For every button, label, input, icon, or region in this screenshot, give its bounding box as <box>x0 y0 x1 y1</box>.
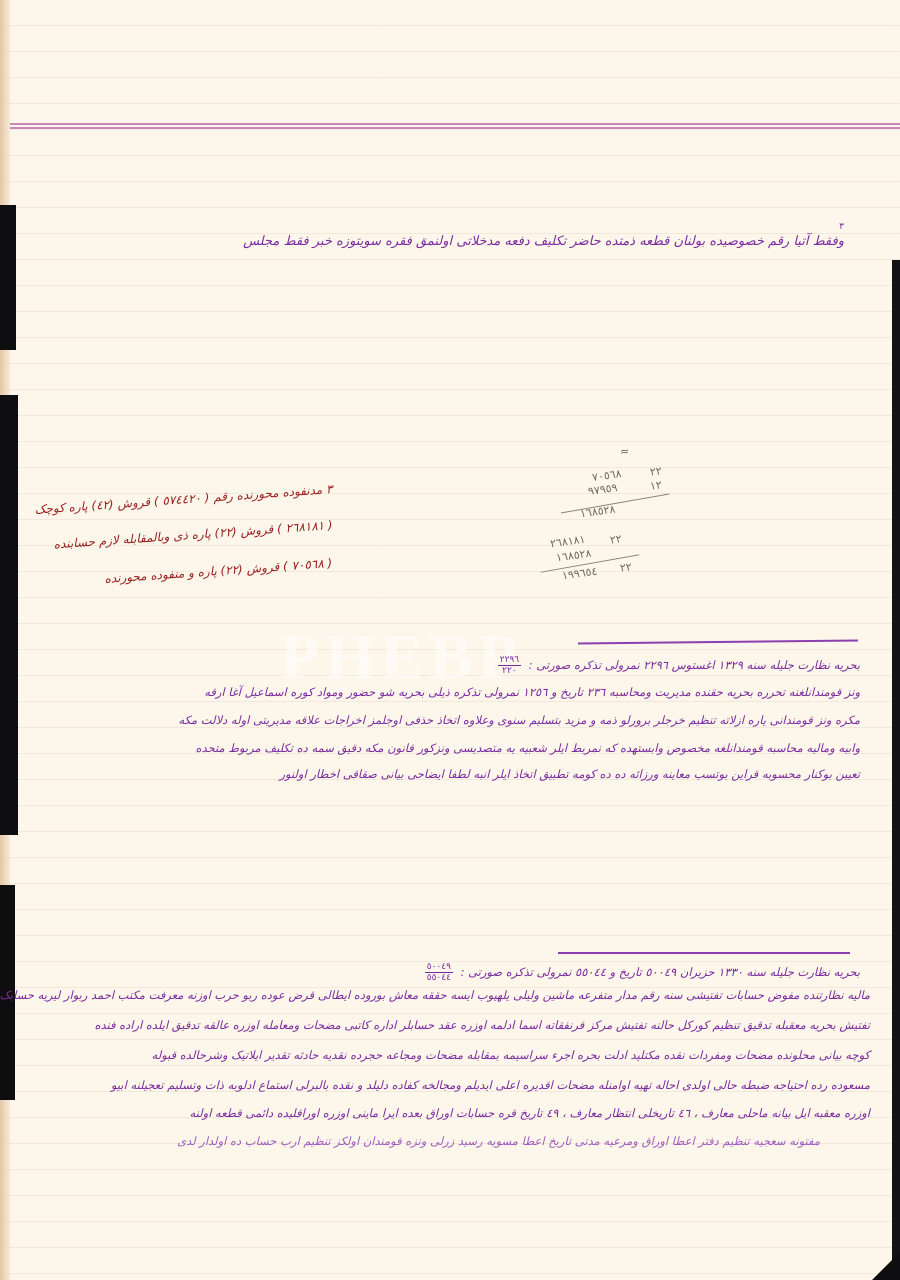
section2-line-3: کوچه بیانی محلونده مضحات ومفردات نقده مک… <box>152 1048 870 1062</box>
calc2-a-suffix: ٢٢ <box>609 532 623 547</box>
calc2-b: ١٦٨٥٢٨ <box>555 547 592 565</box>
rule-line-2 <box>10 127 900 129</box>
section2-rule <box>558 952 850 954</box>
right-scan-border <box>892 260 900 1280</box>
section1-title: بحریه نظارت جلیله سنه ۱۳۲۹ اغستوس ٢٢٩٦ ن… <box>494 655 860 676</box>
calc2-result-suffix: ٢٢ <box>619 560 633 575</box>
section1: بحریه نظارت جلیله سنه ۱۳۲۹ اغستوس ٢٢٩٦ ن… <box>40 655 860 795</box>
section2: بحریه نظارت جلیله سنه ۱۳۳۰ حزیران ٥٠٠٤٩ … <box>40 962 860 1152</box>
section2-title-text: بحریه نظارت جلیله سنه ۱۳۳۰ حزیران ٥٠٠٤٩ … <box>461 965 860 979</box>
red-note-line-3: ( ٧٠٥٦٨ ) قروش (٢٢) پاره و منفوده محورند… <box>104 556 333 586</box>
section2-line-6: مفتونه سعجیه تنظیم دفتر اعطا اوراق ومرعی… <box>177 1134 820 1148</box>
red-note-line-2: ( ٢٦٨١٨١ ) قروش (٢٢) پاره ذی وبالمقابله … <box>53 518 333 551</box>
calc1-b: ٩٧٩٥٩ <box>587 481 618 498</box>
header-double-rule <box>10 123 900 129</box>
section2-line-5: اوزره معقبه ایل بیانه ماحلی معارف ، ٤٦ ت… <box>190 1106 870 1120</box>
heading-mark: ٣ <box>839 222 844 232</box>
manuscript-page: PHEBP ٣ وفقط آتیا رقم خصوصیده بولنان قطع… <box>0 0 900 1280</box>
bottom-right-corner <box>872 1252 900 1280</box>
calc1-b-suffix: ١٢ <box>649 478 663 493</box>
section1-line-1: ونز قومندانلغنه تحرره بحریه حقنده مدیریت… <box>204 685 860 699</box>
section1-title-text: بحریه نظارت جلیله سنه ۱۳۲۹ اغستوس ٢٢٩٦ ن… <box>529 658 860 672</box>
torn-margin-middle <box>0 395 18 835</box>
section2-line-1: مالیه نظارتنده مفوض حسابات تفتیشی سنه رق… <box>0 988 870 1002</box>
section1-line-3: وابیه ومالیه محاسبه قومندانلغه مخصوص واب… <box>196 741 860 755</box>
section1-rule <box>578 640 858 644</box>
section2-title: بحریه نظارت جلیله سنه ۱۳۳۰ حزیران ٥٠٠٤٩ … <box>421 962 860 983</box>
fraction-numerator: ٢٢٩٦ <box>498 655 521 666</box>
calc1-a-suffix: ٢٢ <box>649 464 663 479</box>
fraction-numerator: ٥٠٠٤٩ <box>425 962 453 973</box>
rule-line-1 <box>10 123 900 125</box>
pencil-mark: ≈ <box>619 444 630 458</box>
pencil-calculations: ≈ ٧٠٥٦٨ ٢٢ ٩٧٩٥٩ ١٢ ١٦٨٥٢٨ ٢٦٨١٨١ ٢٢ ١٦٨… <box>550 445 690 585</box>
fraction-denominator: ٥٥٠٤٤ <box>425 973 453 983</box>
section1-title-fraction: ٢٢٩٦ ٢٢٠ <box>498 655 521 676</box>
heading-line: وفقط آتیا رقم خصوصیده بولنان قطعه ذمتده … <box>284 234 844 249</box>
fraction-denominator: ٢٢٠ <box>498 666 521 676</box>
section2-title-fraction: ٥٠٠٤٩ ٥٥٠٤٤ <box>425 962 453 983</box>
red-note-line-1: ٣ مدنفوده محورنده رقم ( ٥٧٤٤٢٠ ) قروش (٤… <box>34 482 333 517</box>
torn-margin-top <box>0 205 16 350</box>
section1-line-2: مکره ونز قومندانی یاره ازلاته تنظیم خرجل… <box>178 713 860 727</box>
section1-line-4: تعیین بوکنار محسوبه قراین بوتسب معاینه و… <box>279 767 860 781</box>
section2-line-2: تفتیش بحریه معقبله تدقیق تنظیم کورکل حال… <box>94 1018 870 1032</box>
calc1-result: ١٦٨٥٢٨ <box>579 503 616 521</box>
section2-line-4: مسعوده رده احتیاجه ضبطه حالی اولدی احاله… <box>111 1078 870 1092</box>
